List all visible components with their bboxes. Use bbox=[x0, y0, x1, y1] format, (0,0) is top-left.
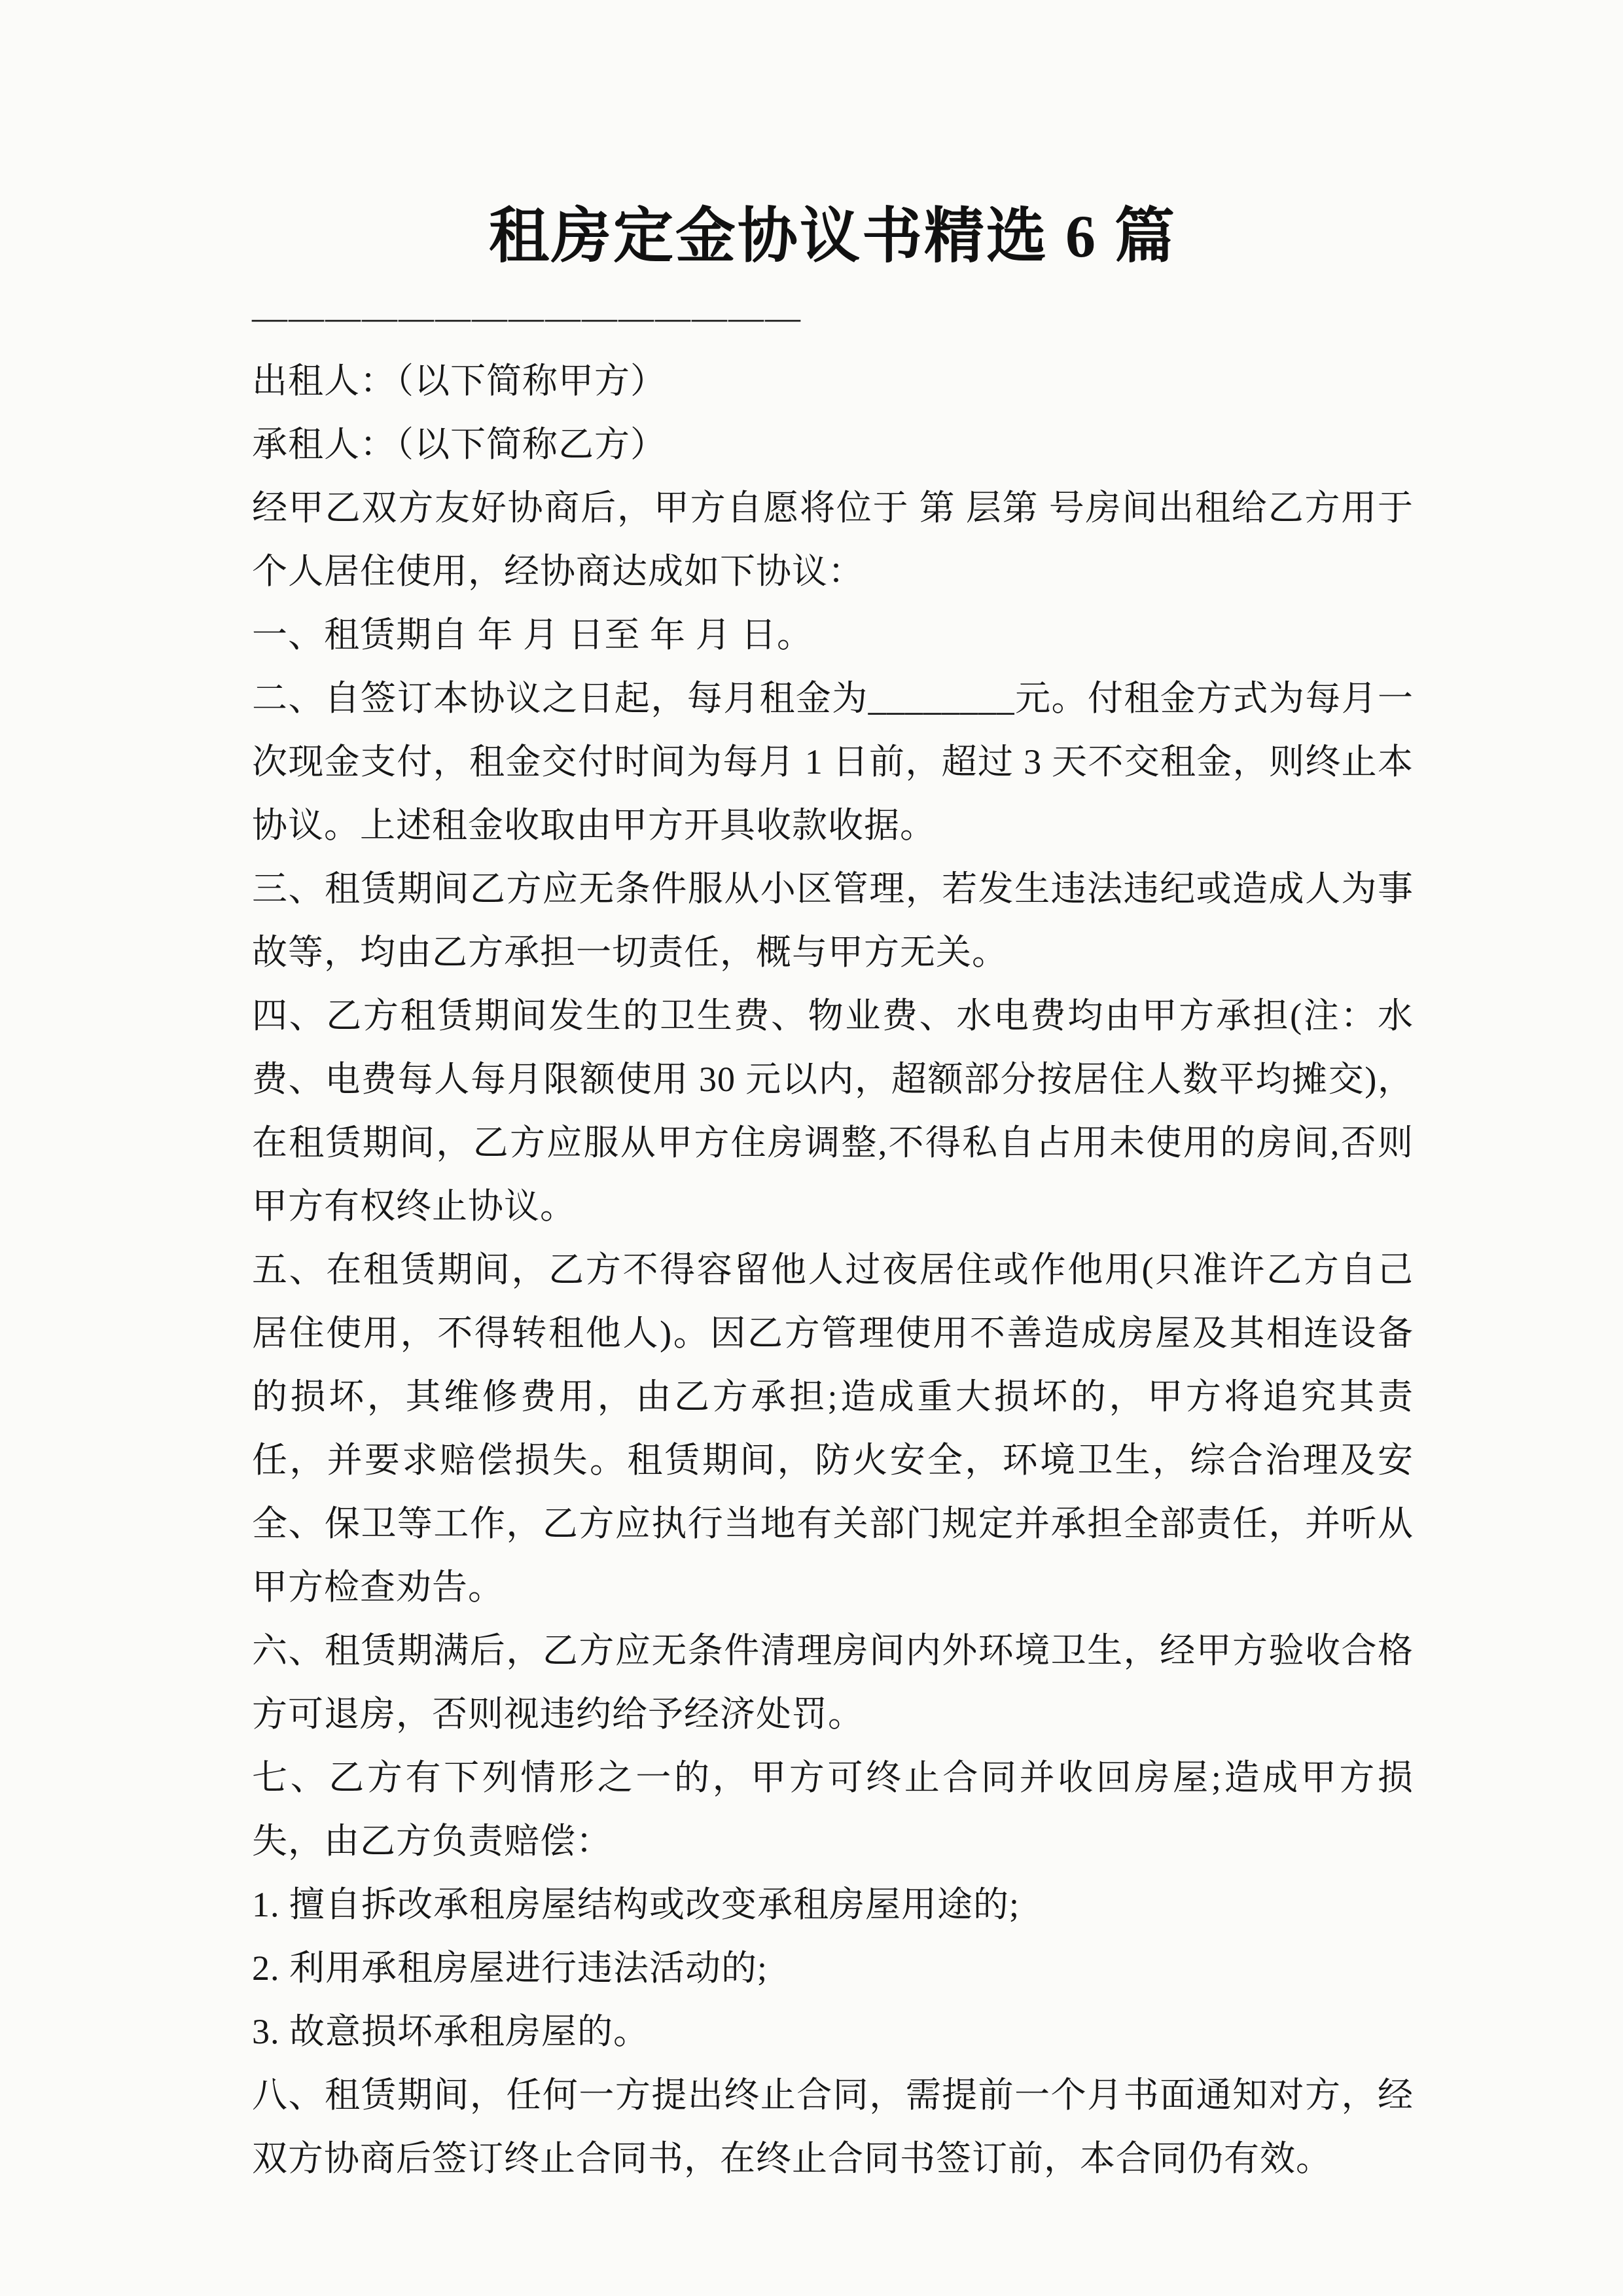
contract-body: 出租人：（以下简称甲方） 承租人：（以下简称乙方） 经甲乙双方友好协商后，甲方自… bbox=[252, 350, 1414, 2191]
clause-2: 二、自签订本协议之日起，每月租金为________元。付租金方式为每月一次现金支… bbox=[252, 667, 1414, 857]
clause-7-item-1: 1. 擅自拆改承租房屋结构或改变承租房屋用途的; bbox=[252, 1873, 1414, 1937]
document-page: 租房定金协议书精选 6 篇 ——————————————— 出租人：（以下简称甲… bbox=[0, 0, 1623, 2296]
party-lessor-line: 出租人：（以下简称甲方） bbox=[252, 350, 1414, 413]
clause-7-item-3: 3. 故意损坏承租房屋的。 bbox=[252, 2000, 1414, 2064]
clause-4: 四、乙方租赁期间发生的卫生费、物业费、水电费均由甲方承担(注：水费、电费每人每月… bbox=[252, 984, 1414, 1238]
divider-line: ——————————————— bbox=[252, 286, 1414, 350]
clause-1: 一、租赁期自 年 月 日至 年 月 日。 bbox=[252, 603, 1414, 667]
clause-3: 三、租赁期间乙方应无条件服从小区管理，若发生违法违纪或造成人为事故等，均由乙方承… bbox=[252, 857, 1414, 984]
clause-7-item-2: 2. 利用承租房屋进行违法活动的; bbox=[252, 1937, 1414, 2000]
document-title: 租房定金协议书精选 6 篇 bbox=[252, 206, 1414, 266]
clause-6: 六、租赁期满后，乙方应无条件清理房间内外环境卫生，经甲方验收合格方可退房，否则视… bbox=[252, 1619, 1414, 1746]
clause-5: 五、在租赁期间，乙方不得容留他人过夜居住或作他用(只准许乙方自己居住使用，不得转… bbox=[252, 1238, 1414, 1619]
preamble-paragraph: 经甲乙双方友好协商后，甲方自愿将位于 第 层第 号房间出租给乙方用于个人居住使用… bbox=[252, 476, 1414, 603]
clause-8: 八、租赁期间，任何一方提出终止合同，需提前一个月书面通知对方，经双方协商后签订终… bbox=[252, 2064, 1414, 2191]
party-lessee-line: 承租人：（以下简称乙方） bbox=[252, 413, 1414, 476]
clause-7: 七、乙方有下列情形之一的，甲方可终止合同并收回房屋;造成甲方损失，由乙方负责赔偿… bbox=[252, 1746, 1414, 1873]
document-content: 租房定金协议书精选 6 篇 ——————————————— 出租人：（以下简称甲… bbox=[0, 206, 1623, 2191]
